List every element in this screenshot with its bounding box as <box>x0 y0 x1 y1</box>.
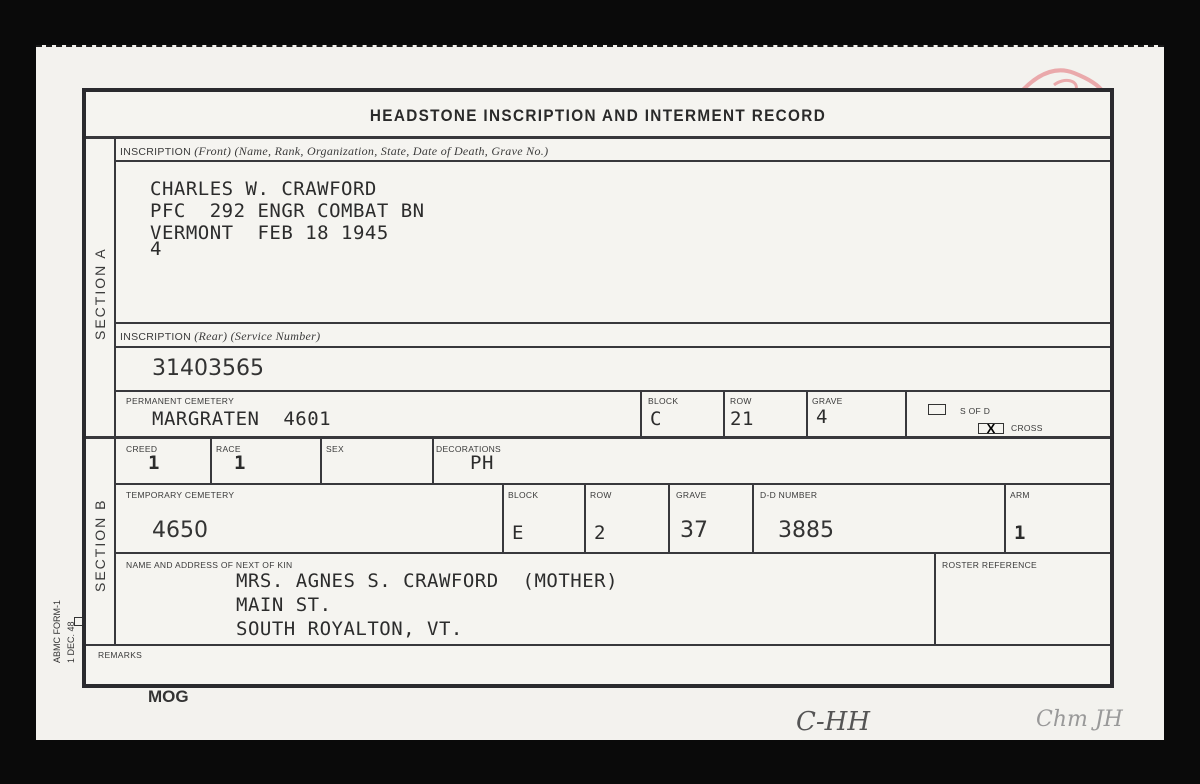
divider <box>752 483 754 552</box>
divider <box>116 322 1110 324</box>
divider <box>668 483 670 552</box>
divider <box>905 390 907 436</box>
decorations-value: PH <box>470 452 494 474</box>
temp-block-value: E <box>512 522 524 544</box>
permanent-cemetery-label: PERMANENT CEMETERY <box>126 396 234 406</box>
sex-label: SEX <box>326 444 344 454</box>
divider <box>210 439 212 483</box>
divider <box>116 160 1110 162</box>
divider <box>86 644 1110 646</box>
perm-grave-value: 4 <box>816 406 828 428</box>
temp-cemetery-value: 4650 <box>152 518 208 543</box>
service-number: 31403565 <box>152 356 264 381</box>
dd-number-value: 3885 <box>778 518 834 543</box>
next-of-kin-text: MRS. AGNES S. CRAWFORD (MOTHER)MAIN ST.S… <box>236 570 618 640</box>
permanent-cemetery-value: MARGRATEN 4601 <box>152 408 331 430</box>
divider <box>806 390 808 436</box>
form-title: HEADSTONE INSCRIPTION AND INTERMENT RECO… <box>137 106 1059 126</box>
temp-grave-label: GRAVE <box>676 490 707 500</box>
divider <box>116 483 1110 485</box>
divider <box>116 552 1110 554</box>
dd-number-label: D-D NUMBER <box>760 490 817 500</box>
mog-stamp: MOG <box>148 687 189 707</box>
next-of-kin-label: NAME AND ADDRESS OF NEXT OF KIN <box>126 560 292 570</box>
arm-label: ARM <box>1010 490 1030 500</box>
section-divider <box>86 436 1110 439</box>
divider <box>502 483 504 552</box>
divider <box>116 390 1110 392</box>
divider <box>320 439 322 483</box>
perm-row-value: 21 <box>730 408 754 430</box>
cross-label: CROSS <box>1011 423 1043 433</box>
divider <box>1004 483 1006 552</box>
divider <box>640 390 642 436</box>
temp-grave-value: 37 <box>680 518 708 543</box>
divider <box>86 136 1110 139</box>
perm-grave-label: GRAVE <box>812 396 843 406</box>
divider <box>723 390 725 436</box>
perm-row-label: ROW <box>730 396 752 406</box>
cross-checkbox[interactable]: X <box>978 423 1004 434</box>
section-b-label: SECTION B <box>92 499 108 592</box>
divider <box>584 483 586 552</box>
divider <box>116 346 1110 348</box>
creed-value: 1 <box>148 452 160 474</box>
front-inscription-text: CHARLES W. CRAWFORDPFC 292 ENGR COMBAT B… <box>150 178 425 260</box>
headstone-form: HEADSTONE INSCRIPTION AND INTERMENT RECO… <box>82 88 1114 688</box>
form-date-text: 1 DEC. 48 <box>66 621 76 663</box>
front-inscription-label: INSCRIPTION (Front) (Name, Rank, Organiz… <box>120 144 548 159</box>
pencil-annotation-2: Chm JH <box>1036 707 1123 732</box>
temp-row-value: 2 <box>594 522 606 544</box>
remarks-label: REMARKS <box>98 650 142 660</box>
rear-inscription-label: INSCRIPTION (Rear) (Service Number) <box>120 329 320 344</box>
section-a-label: SECTION A <box>92 247 108 340</box>
temp-block-label: BLOCK <box>508 490 538 500</box>
divider <box>432 439 434 483</box>
form-id-text: ABMC FORM-1 <box>52 600 62 663</box>
pencil-annotation-1: C-HH <box>796 707 870 737</box>
arm-value: 1 <box>1014 522 1026 544</box>
s-of-d-checkbox[interactable] <box>928 404 946 415</box>
race-value: 1 <box>234 452 246 474</box>
divider <box>934 552 936 644</box>
s-of-d-label: S OF D <box>960 406 990 416</box>
perm-block-value: C <box>650 408 662 430</box>
perm-block-label: BLOCK <box>648 396 678 406</box>
temp-row-label: ROW <box>590 490 612 500</box>
roster-reference-label: ROSTER REFERENCE <box>942 560 1037 570</box>
temp-cemetery-label: TEMPORARY CEMETERY <box>126 490 234 500</box>
